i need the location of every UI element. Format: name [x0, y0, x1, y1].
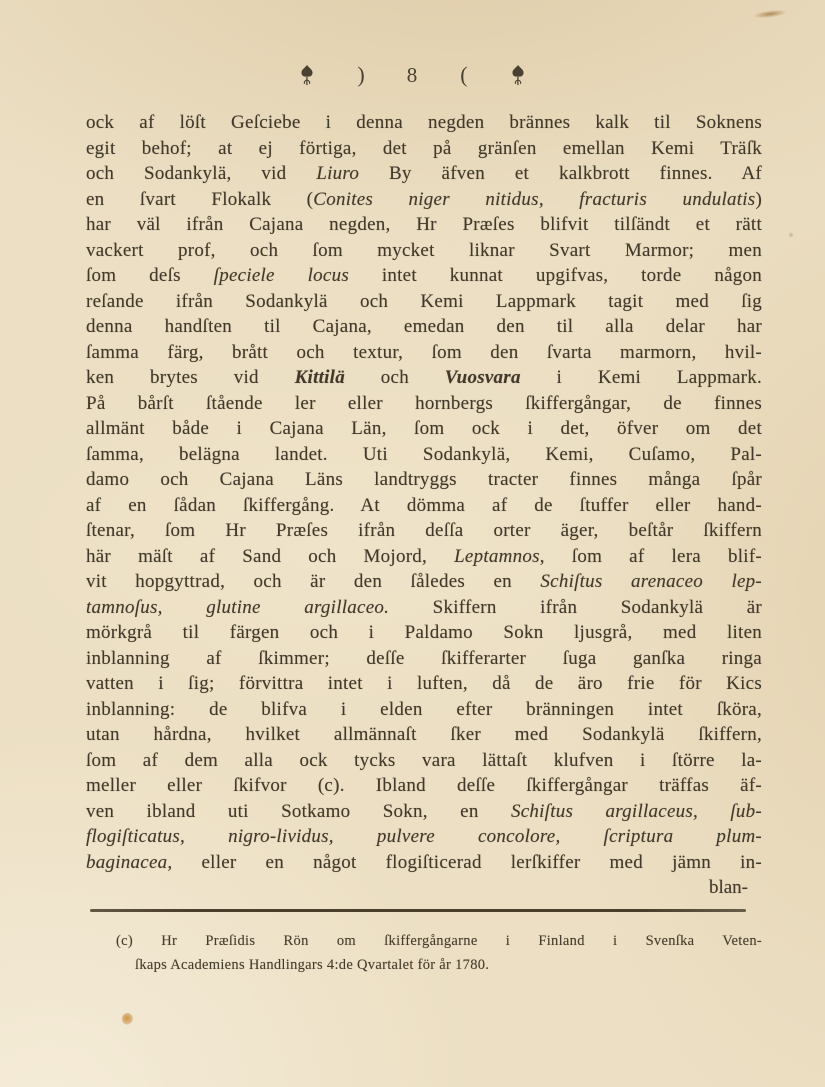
text-line: baginacea, eller en något flogiſticerad …	[86, 850, 762, 876]
text-line: denna handſten til Cajana, emedan den ti…	[86, 314, 762, 340]
text-line: egit behof; at ej förtiga, det på gränſe…	[86, 136, 762, 162]
text-line: ſamma, belägna landet. Uti Sodankylä, Ke…	[86, 442, 762, 468]
text-line: utan hårdna, hvilket allmännaſt ſker med…	[86, 722, 762, 748]
paper-speck	[122, 1013, 133, 1025]
footnote-rule	[90, 909, 746, 912]
text-line: (c) Hr Præſidis Rön om ſkiffergångarne i…	[86, 929, 762, 953]
text-line: ſom deſs ſpeciele locus intet kunnat upg…	[86, 263, 762, 289]
text-line: vackert prof, och ſom mycket liknar Svar…	[86, 238, 762, 264]
text-line: här mäſt af Sand och Mojord, Leptamnos, …	[86, 544, 762, 570]
text-line: allmänt både i Cajana Län, ſom ock i det…	[86, 416, 762, 442]
page-number-close-bracket: (	[460, 62, 467, 88]
catchword: blan-	[86, 875, 748, 901]
text-line: mörkgrå til färgen och i Paldamo Sokn lj…	[86, 620, 762, 646]
text-line: ken brytes vid Kittilä och Vuosvara i Ke…	[86, 365, 762, 391]
text-line: vit hopgyttrad, och är den ſåledes en Sc…	[86, 569, 762, 595]
text-line: en ſvart Flokalk (Conites niger nitidus,…	[86, 187, 762, 213]
text-line: har väl ifrån Cajana negden, Hr Præſes b…	[86, 212, 762, 238]
text-line: ſamma färg, brått och textur, ſom den ſv…	[86, 340, 762, 366]
text-line: ſtenar, ſom Hr Præſes ifrån deſſa orter …	[86, 518, 762, 544]
page-number: 8	[407, 63, 419, 88]
text-line: ven ibland uti Sotkamo Sokn, en Schiſtus…	[86, 799, 762, 825]
text-line: flogiſticatus, nigro-lividus, pulvere co…	[86, 824, 762, 850]
book-page: ) 8 ( ock af löſt Geſciebe i denna negde…	[0, 0, 825, 1087]
text-line: inblanning: de blifva i elden efter brän…	[86, 697, 762, 723]
text-line: ſkaps Academiens Handlingars 4:de Qvarta…	[86, 953, 762, 977]
fleuron-icon	[510, 64, 526, 86]
text-line: vatten i ſig; förvittra intet i luften, …	[86, 671, 762, 697]
text-line: inblanning af ſkimmer; deſſe ſkifferarte…	[86, 646, 762, 672]
text-line: damo och Cajana Läns landtryggs tracter …	[86, 467, 762, 493]
text-line: meller eller ſkifvor (c). Ibland deſſe ſ…	[86, 773, 762, 799]
fleuron-icon	[299, 64, 315, 86]
text-line: tamnoſus, glutine argillaceo. Skiffern i…	[86, 595, 762, 621]
text-line: af en ſådan ſkiffergång. At dömma af de …	[86, 493, 762, 519]
body-text: ock af löſt Geſciebe i denna negden brän…	[86, 110, 762, 875]
paper-speck	[788, 232, 794, 238]
page-number-open-bracket: )	[357, 62, 364, 88]
text-line: ock af löſt Geſciebe i denna negden brän…	[86, 110, 762, 136]
footnote: (c) Hr Præſidis Rön om ſkiffergångarne i…	[86, 929, 762, 977]
text-line: ſom af dem alla ock tycks vara lättaſt k…	[86, 748, 762, 774]
text-line: På bårſt ſtående ler eller hornbergs ſki…	[86, 391, 762, 417]
text-line: och Sodankylä, vid Liuro By äfven et kal…	[86, 161, 762, 187]
page-header: ) 8 (	[0, 0, 825, 88]
text-line: reſande ifrån Sodankylä och Kemi Lappmar…	[86, 289, 762, 315]
